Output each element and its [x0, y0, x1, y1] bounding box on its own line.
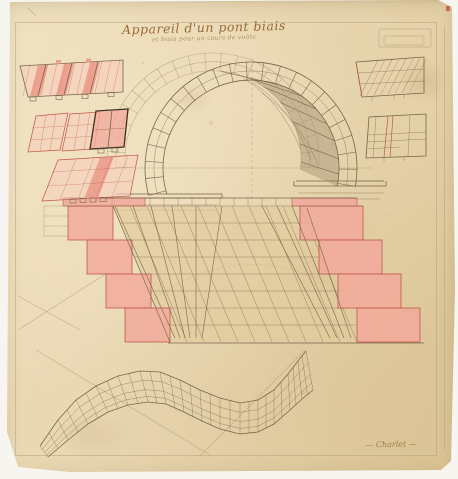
development-band: [40, 351, 313, 457]
arch-elevation: [107, 53, 386, 210]
signature: — Charlet —: [346, 439, 436, 450]
drawing-canvas: [0, 0, 458, 479]
scanned-drawing-sheet: Appareil d'un pont biais et biais pour u…: [0, 0, 458, 479]
stone-template-row-3: [42, 155, 138, 203]
corner-mark: [446, 6, 450, 11]
stone-template-row-1: [20, 59, 123, 102]
joint-detail-lower-right: [366, 114, 426, 162]
title-block: Appareil d'un pont biais et biais pour u…: [118, 18, 291, 44]
joint-detail-upper-right: [356, 57, 427, 101]
soffit-plan: [44, 198, 424, 343]
stone-template-row-2: [28, 109, 128, 153]
stamp-box: [379, 29, 431, 47]
